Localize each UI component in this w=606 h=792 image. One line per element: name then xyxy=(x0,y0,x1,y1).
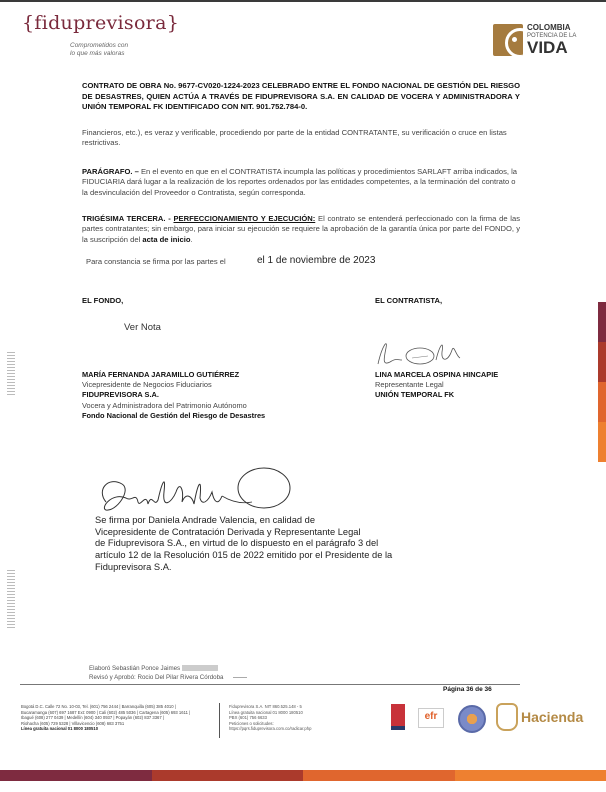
institutional-seal-icon xyxy=(458,705,486,733)
colombia-potencia-vida-logo: COLOMBIA POTENCIA DE LA VIDA xyxy=(493,24,576,56)
paragraph-restrictive-lists: Financieros, etc.), es veraz y verificab… xyxy=(82,128,520,149)
footer-divider xyxy=(20,684,520,685)
bottom-color-stripe xyxy=(0,770,606,781)
note-line: Vicepresidente de Contratación Derivada … xyxy=(95,527,445,539)
page-number: Página 36 de 36 xyxy=(443,686,492,693)
note-line: Fiduprevisora S.A. xyxy=(95,562,445,574)
clause-heading: PERFECCIONAMIENTO Y EJECUCIÓN: xyxy=(173,214,315,223)
stripe-segment xyxy=(598,342,606,382)
side-stamp-bottom xyxy=(7,570,15,630)
clause-acta: acta de inicio xyxy=(142,235,190,244)
elaboro-initials-stamp xyxy=(182,665,218,671)
tagline-line-1: Comprometidos con xyxy=(70,42,150,50)
tagline-line-2: lo que más valoras xyxy=(70,50,150,58)
note-line: Se firma por Daniela Andrade Valencia, e… xyxy=(95,515,445,527)
fondo-org-2: Fondo Nacional de Gestión del Riesgo de … xyxy=(82,411,265,421)
coat-of-arms-icon xyxy=(496,703,518,731)
side-color-stripe xyxy=(598,302,606,462)
paragrafo-text: En el evento en que en el CONTRATISTA in… xyxy=(82,167,517,197)
fondo-role-2: Vocera y Administradora del Patrimonio A… xyxy=(82,401,265,411)
daniela-signature xyxy=(92,462,302,520)
logo-line-3: VIDA xyxy=(527,39,576,56)
contratista-signature-block: LINA MARCELA OSPINA HINCAPIE Representan… xyxy=(375,370,498,401)
reviso-initials xyxy=(233,677,247,678)
note-line: artículo 12 de la Resolución 015 de 2022… xyxy=(95,550,445,562)
signing-date: el 1 de noviembre de 2023 xyxy=(257,255,375,266)
brand-tagline: Comprometidos con lo que más valoras xyxy=(70,42,150,58)
footer-separator xyxy=(219,703,220,738)
contratista-org: UNIÓN TEMPORAL FK xyxy=(375,390,498,400)
elaboro-text: Elaboró Sebastián Ponce Jaimes xyxy=(89,665,180,672)
contratista-signer-role: Representante Legal xyxy=(375,380,498,390)
efr-logo: efr xyxy=(418,708,444,728)
fondo-heading: EL FONDO, xyxy=(82,296,123,305)
brand-name: {fiduprevisora} xyxy=(22,12,179,34)
contratista-heading: EL CONTRATISTA, xyxy=(375,296,442,305)
contratista-signer-name: LINA MARCELA OSPINA HINCAPIE xyxy=(375,370,498,380)
contratista-signature xyxy=(372,336,467,368)
clause-tail: . xyxy=(190,235,192,244)
stripe-segment xyxy=(455,770,606,781)
stripe-segment xyxy=(303,770,455,781)
clause-label: TRIGÉSIMA TERCERA. - xyxy=(82,214,173,223)
reviso-text: Revisó y Aprobó: Rocio Del Pilar Rivera … xyxy=(89,674,223,681)
stripe-segment xyxy=(598,382,606,422)
constancia-text: Para constancia se firma por las partes … xyxy=(86,257,226,266)
great-place-to-work-badge-icon xyxy=(391,704,405,730)
stripe-segment xyxy=(598,422,606,462)
stripe-segment xyxy=(0,770,152,781)
stripe-segment xyxy=(152,770,304,781)
footer-line: Línea gratuita nacional 01 8000 180510 xyxy=(21,726,211,732)
fondo-signer-name: MARÍA FERNANDA JARAMILLO GUTIÉRREZ xyxy=(82,370,265,380)
stripe-segment xyxy=(598,302,606,342)
paragraph-paragrafo: PARÁGRAFO. – En el evento en que en el C… xyxy=(82,167,520,198)
ver-nota: Ver Nota xyxy=(124,322,161,333)
paragraph-clause-33: TRIGÉSIMA TERCERA. - PERFECCIONAMIENTO Y… xyxy=(82,214,520,245)
contract-title: CONTRATO DE OBRA No. 9677-CV020-1224-202… xyxy=(82,81,520,113)
hacienda-logo: Hacienda xyxy=(521,709,583,725)
fiduprevisora-logo: {fiduprevisora} Comprometidos con lo que… xyxy=(22,12,179,34)
note-line: de Fiduprevisora S.A., en virtud de lo d… xyxy=(95,538,445,550)
signature-note: Se firma por Daniela Andrade Valencia, e… xyxy=(95,515,445,574)
window-top-bar xyxy=(0,0,606,2)
footer-line: Fiduprevisora S.A. NIT 860.525.148 - 5 xyxy=(229,704,311,710)
footer-offices: Bogotá D.C. Calle 72 No. 10-03, Tel. (60… xyxy=(21,704,211,732)
wave-signal-icon xyxy=(493,24,523,56)
footer-contact: Fiduprevisora S.A. NIT 860.525.148 - 5 L… xyxy=(229,704,311,732)
fondo-org: FIDUPREVISORA S.A. xyxy=(82,390,265,400)
fondo-signer-role: Vicepresidente de Negocios Fiduciarios xyxy=(82,380,265,390)
pqrs-link[interactable]: https://pqrs.fiduprevisora.com.co/radica… xyxy=(229,726,311,732)
side-stamp-top xyxy=(7,352,15,397)
fondo-signature-block: MARÍA FERNANDA JARAMILLO GUTIÉRREZ Vicep… xyxy=(82,370,265,421)
elaboration-credits: Elaboró Sebastián Ponce Jaimes Revisó y … xyxy=(89,664,247,682)
logo-line-1: COLOMBIA xyxy=(527,24,576,32)
paragrafo-label: PARÁGRAFO. – xyxy=(82,167,139,176)
